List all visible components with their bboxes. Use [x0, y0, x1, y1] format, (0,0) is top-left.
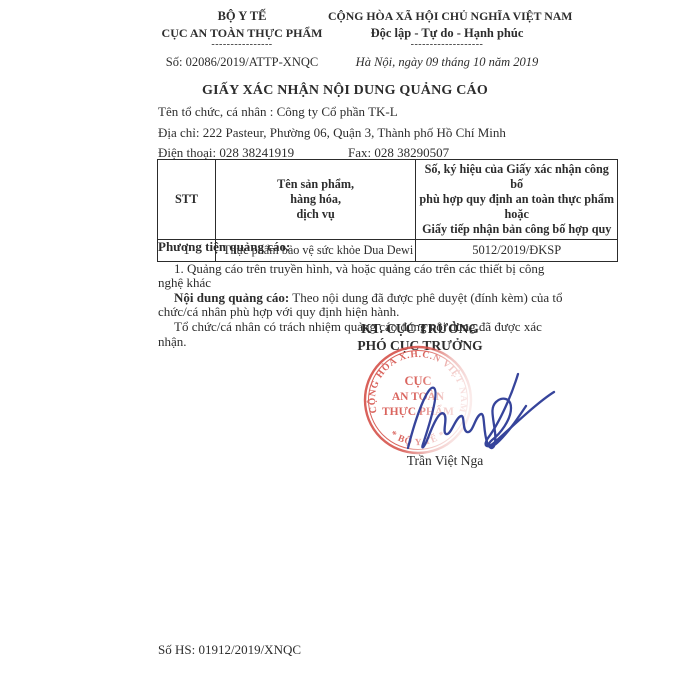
col-header-certificate-line: Giấy tiếp nhận bản công bố hợp quy: [418, 222, 615, 237]
media-label: Phương tiện quảng cáo:: [158, 240, 568, 255]
org-name-line: Tên tổ chức, cá nhân : Công ty Cổ phần T…: [158, 104, 570, 119]
org-address-line: Địa chỉ: 222 Pasteur, Phường 06, Quận 3,…: [158, 125, 570, 140]
header-left-divider: ----------------: [152, 41, 332, 48]
content-label: Nội dung quảng cáo:: [174, 290, 289, 305]
place-date-line: Hà Nội, ngày 09 tháng 10 năm 2019: [328, 55, 566, 70]
issuing-authority-block: BỘ Y TẾ CỤC AN TOÀN THỰC PHẨM ----------…: [152, 9, 332, 70]
col-header-product-line: Tên sản phẩm,: [218, 177, 413, 192]
handwritten-signature: [398, 360, 558, 460]
phone-label: Điện thoại: 028 38241919: [158, 145, 294, 160]
hs-number: Số HS: 01912/2019/XNQC: [158, 642, 301, 658]
ministry-name: BỘ Y TẾ: [152, 9, 332, 24]
country-name: CỘNG HÒA XÃ HỘI CHỦ NGHĨA VIỆT NAM: [328, 9, 566, 24]
table-header-row: STT Tên sản phẩm, hàng hóa, dịch vụ Số, …: [158, 160, 618, 240]
header-right-divider: -------------------: [328, 41, 566, 48]
signature-stroke-main: [408, 388, 526, 448]
signer-name: Trần Việt Nga: [365, 453, 525, 469]
national-header-block: CỘNG HÒA XÃ HỘI CHỦ NGHĨA VIỆT NAM Độc l…: [328, 9, 566, 70]
fax-label: Fax: 028 38290507: [348, 145, 449, 160]
col-header-certificate: Số, ký hiệu của Giấy xác nhận công bố ph…: [416, 160, 618, 240]
col-header-product: Tên sản phẩm, hàng hóa, dịch vụ: [216, 160, 416, 240]
document-title: GIẤY XÁC NHẬN NỘI DUNG QUẢNG CÁO: [125, 83, 565, 99]
col-header-certificate-line: Số, ký hiệu của Giấy xác nhận công bố: [418, 162, 615, 192]
signer-title-1: KT. CỤC TRƯỞNG: [335, 320, 505, 337]
organization-info: Tên tổ chức, cá nhân : Công ty Cổ phần T…: [158, 104, 570, 166]
col-header-certificate-line: phù hợp quy định an toàn thực phẩm hoặc: [418, 192, 615, 222]
document-page: BỘ Y TẾ CỤC AN TOÀN THỰC PHẨM ----------…: [0, 0, 675, 675]
col-header-stt: STT: [158, 160, 216, 240]
col-header-product-line: dịch vụ: [218, 207, 413, 222]
content-paragraph: Nội dung quảng cáo: Theo nội dung đã đượ…: [158, 291, 568, 320]
col-header-product-line: hàng hóa,: [218, 192, 413, 207]
signature-icon: [398, 360, 558, 460]
phone-fax-line: Điện thoại: 028 38241919 Fax: 028 382905…: [158, 145, 570, 160]
document-number: Số: 02086/2019/ATTP-XNQC: [152, 55, 332, 70]
media-item: 1. Quảng cáo trên truyền hình, và hoặc q…: [158, 262, 568, 291]
